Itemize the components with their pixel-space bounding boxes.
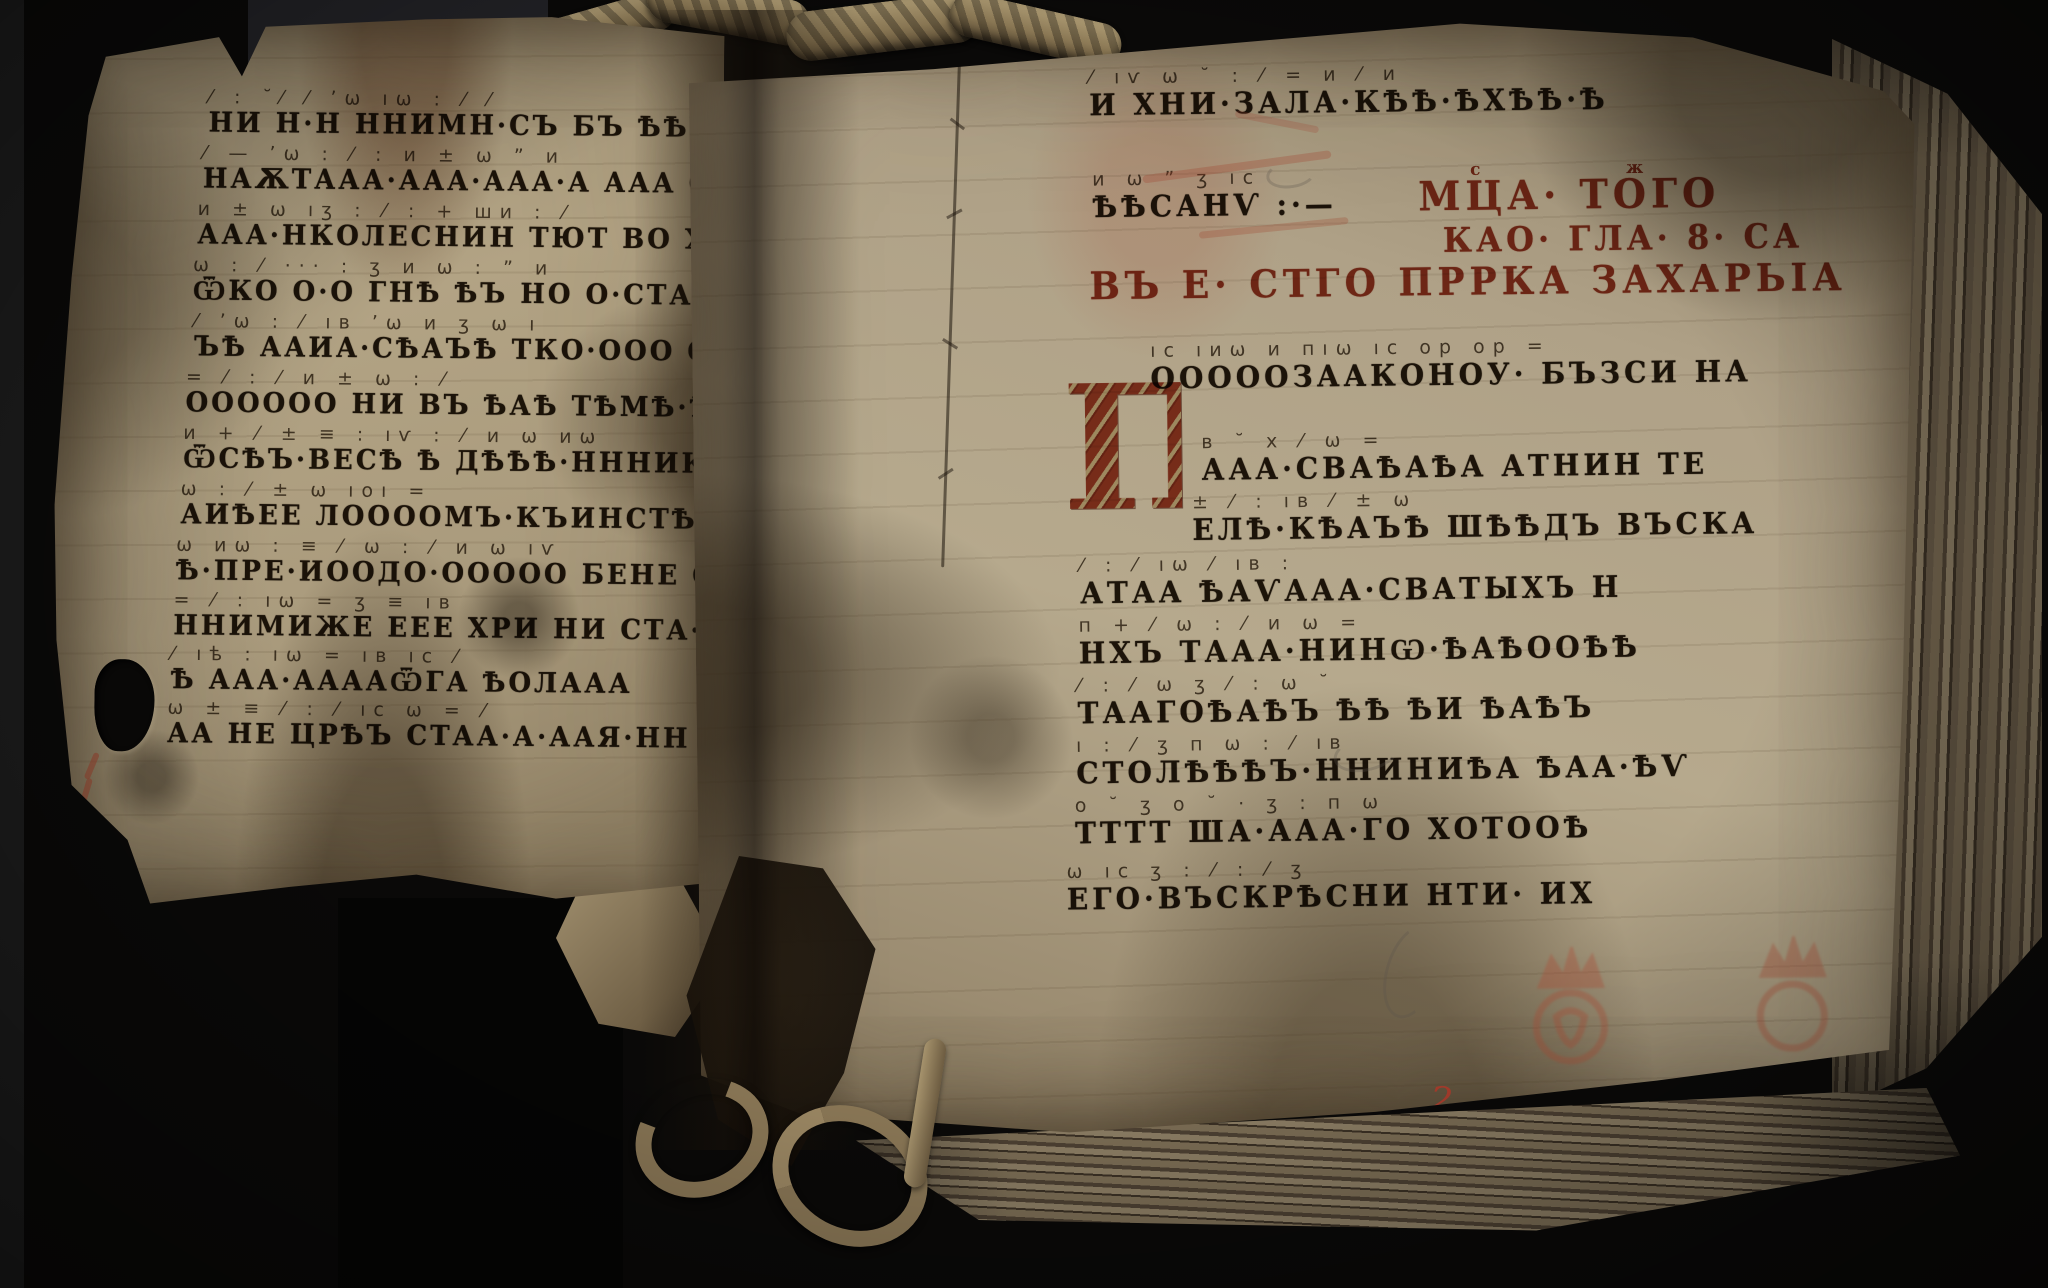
text-line: ⁄ : ˘⁄ ⁄ ’ѡ ıѡ : ⁄ ⁄ НИ Н·Н ННИМН·СЪ БЪ … [208,86,716,143]
text-line: и + ⁄ ± ≡ : ıѵ : ⁄ и ѡ иѡ ѾСѢЪ·ВЕСѢ Ѣ ДѢ… [183,422,735,479]
text-line: п + ⁄ ѡ : ⁄ и ѡ = НХЪ ТААА·НИНѠ·ѢАѢООѢѢ [1078,608,1641,668]
binding-cord [902,1037,947,1189]
rubric-line: КАО· ГЛА· 8· СА [1443,220,1804,258]
text-line: ⁄ : ⁄ ѡ ʒ ⁄ : ѡ ˘ ТААГОѢАѢЪ ѢѢ ѢИ ѢАѢЪ [1077,668,1595,728]
text-line: ѡ : ⁄ ··· : ʒ и ѡ : ” и ѾКО О·О ГНѢ ѢЪ Н… [193,254,722,311]
text-line: ѡ : ⁄ ± ѡ ıоı = АИѢЕЕ ЛООООМЪ·КЪИНСТѢѢѢ [180,478,749,535]
text-line: ѡ иѡ : ≡ ⁄ ѡ : ⁄ и ѡ ıѵ Ѣ·ПРЕ·ИООДО·ОООО… [176,534,744,591]
text-line: о ˘ ʒ о ˘ · ʒ : п ѡ ТТТТ ША·ААА·ГО ХОТОО… [1075,789,1593,849]
left-page: ⁄ : ˘⁄ ⁄ ’ѡ ıѡ : ⁄ ⁄ НИ Н·Н ННИМН·СЪ БЪ … [50,7,724,919]
rubric-line: с ж МЦА· ТОГО [1418,173,1720,217]
red-smudge [84,752,100,780]
right-page: ⁄ ıѵ ѡ ˘ : ⁄ = и ⁄ и И ХНИ·ЗАЛА·КѢѢ·ѢХѢѢ… [688,13,1927,1143]
parchment-hole [94,659,155,752]
parchment-repair-seam [941,52,961,567]
text-line: в ˘ х ⁄ ѡ = ААА·СВАѢАѢА АТНИН ТЕ [1201,425,1708,485]
text-line: ⁄ ıѣ : ıѡ = ıв ıс ⁄ Ѣ ААА·ААААѾГА ѢОЛААА [171,643,633,699]
library-stamp [1522,946,1619,1072]
library-stamp [1743,936,1840,1062]
text-line: ѡ ± ≡ ⁄ : ⁄ ıс ѡ = ⁄ АА НЕ ЦРѢЪ СТАА·А·А… [167,697,691,754]
rubric-line: ВЪ Е· СТГО ПРРКА ЗАХАРЬІА [1089,259,1847,306]
background-edge-strip [0,0,24,1288]
text-line: и ± ѡ ıʒ : ⁄ : + ши : ⁄ ААА·НКОЛЕСНИН ТЮ… [197,198,735,255]
text-line: = ⁄ : ⁄ и ± ѡ : ⁄ ОООООО НИ ВЪ ѢАѢ ТѢМѢ·… [185,366,715,423]
text-line: ѡ ıс ʒ : ⁄ : ⁄ ʒ ЕГО·ВЪСКРѢСНИ НТИ· ИХ [1066,855,1596,915]
text-line: ± ⁄ : ıв ⁄ ± ѡ ЕЛѢ·КѢАЪѢ ШѢѢДЪ ВЪСКА [1192,484,1758,544]
text-line: ⁄ : ⁄ ıѡ ⁄ ıв : АТАА ѢАѴААА·СВАТЫХЪ Н [1080,548,1623,608]
manuscript-photograph: ⁄ : ˘⁄ ⁄ ’ѡ ıѡ : ⁄ ⁄ НИ Н·Н ННИМН·СЪ БЪ … [0,0,2048,1288]
binding-cords-bottom [598,1022,1078,1277]
text-line: ⁄ ıѵ ѡ ˘ : ⁄ = и ⁄ и И ХНИ·ЗАЛА·КѢѢ·ѢХѢѢ… [1089,60,1609,120]
red-smudge [78,778,93,810]
pencil-scribble [1373,918,1451,1025]
text-line: ⁄ — ’ѡ : ⁄ : и ± ѡ ” и НАѪТААА·ААА·ААА·А… [203,142,737,199]
ornamental-initial-P: П [1060,358,1182,544]
text-line: = ⁄ : ıѡ = ʒ ≡ ıв ННИМИЖЕ ЕЕЕ ХРИ НИ СТА… [173,589,727,646]
text-line: ıс ıиѡ и пıѡ ıс ор ор = ОООООЗААКОНОУ· Б… [1150,333,1752,394]
text-line: ⁄ ’ѡ : ⁄ ıв ’ѡ и ʒ ѡ ı ЪѢ ААИА·СѢАЪѢ ТКО… [194,310,739,367]
binding-cord-loop [616,1057,787,1218]
